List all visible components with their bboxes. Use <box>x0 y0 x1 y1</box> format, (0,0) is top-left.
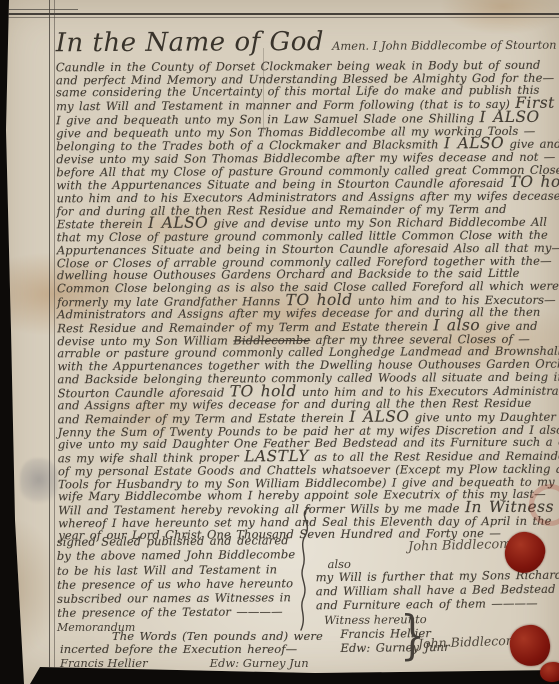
top-rule-line-stub <box>0 9 78 10</box>
opening-continuation: Amen. I John Biddlecombe of Stourton <box>332 38 557 53</box>
memorandum-text: The Words (Ten pounds and) wereincerted … <box>60 630 320 655</box>
witness-signature-gurney: Edw: Gurney Jun <box>210 656 309 670</box>
will-main-text: In the Name of GodAmen. I John Biddlecom… <box>56 26 557 543</box>
witness-signatures-left: Francis HellierEdw: Gurney Jun <box>60 656 340 670</box>
codicil-lines: my Will is further that my Sons Richarda… <box>316 569 556 613</box>
paper-sheet: In the Name of GodAmen. I John Biddlecom… <box>0 0 559 684</box>
top-rule-line-secondary <box>0 17 559 18</box>
opening-line: In the Name of GodAmen. I John Biddlecom… <box>56 26 554 62</box>
left-margin-rule <box>49 0 50 670</box>
scanned-will-document: In the Name of GodAmen. I John Biddlecom… <box>0 0 559 684</box>
opening-invocation: In the Name of God <box>56 27 324 58</box>
wax-seal-corner <box>540 662 559 682</box>
top-rule-line <box>0 13 559 15</box>
attestation-brace <box>292 504 318 638</box>
left-margin-rule-secondary <box>54 0 55 670</box>
embossed-stamp-mark <box>20 458 58 506</box>
witness-signature-hellier: Francis Hellier <box>60 656 148 670</box>
attestation-clause: signed Sealed published and declaredby t… <box>57 533 308 621</box>
will-body-lines: Caundle in the County of Dorset Clockmak… <box>56 59 557 543</box>
